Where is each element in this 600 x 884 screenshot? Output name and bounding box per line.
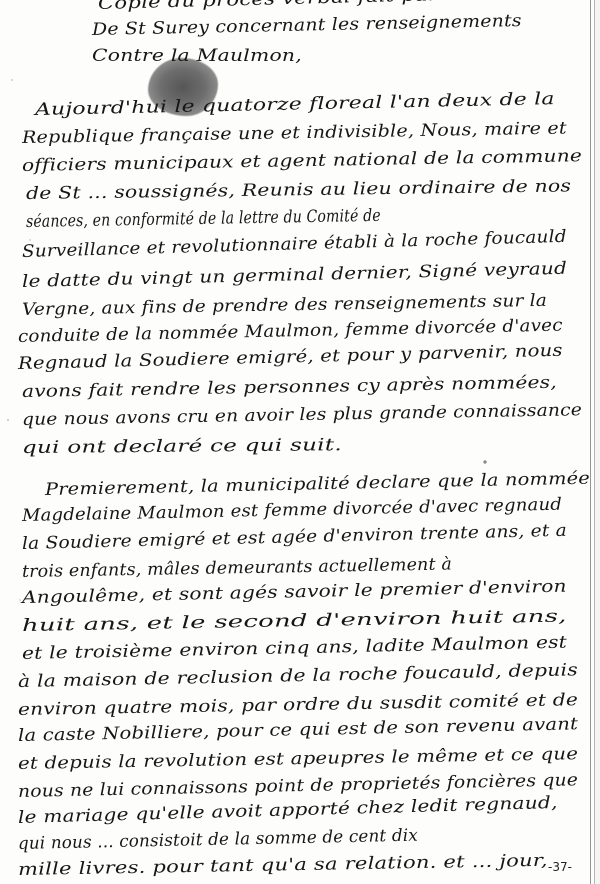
manuscript-page: Copie du procès verbal fait par les mun.… [0,0,600,884]
page-number: -37- [548,860,572,874]
manuscript-line: qui ont declaré ce qui suit. [22,435,342,458]
manuscript-line: Contre la Maulmon, [92,46,302,66]
paper-edge [590,0,595,884]
